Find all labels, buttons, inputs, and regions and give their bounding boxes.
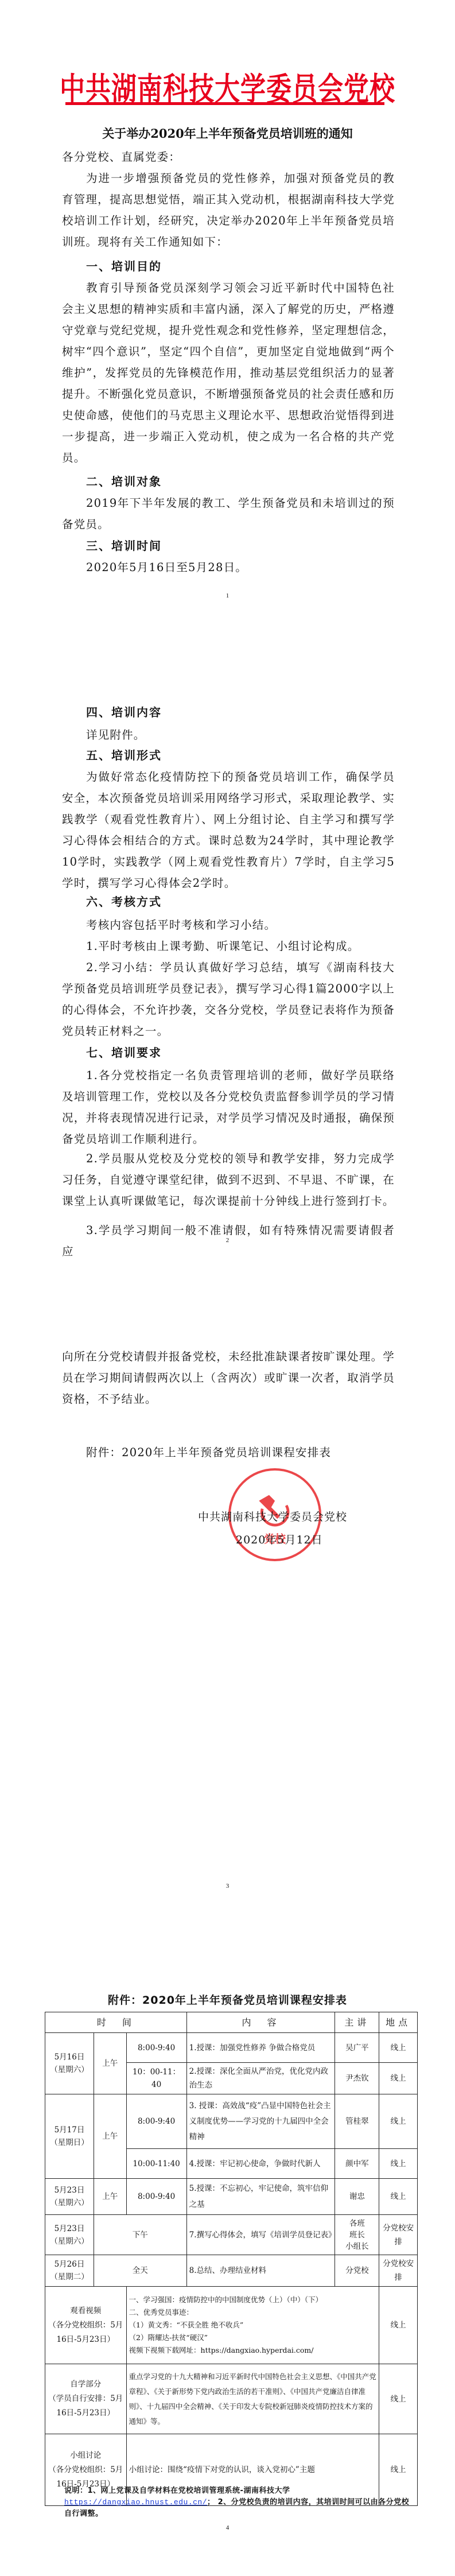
video-download-url: 视频下视频下载网址：https://dangxiao.hyperdai.com/ — [129, 2344, 377, 2357]
intro-paragraph: 为进一步增强预备党员的党性修养，加强对预备党员的教育管理，提高思想觉悟，端正其入… — [62, 168, 395, 253]
place-cell: 线上 — [379, 2094, 418, 2149]
page-number: 3 — [0, 1883, 455, 1890]
table-footnote: 说明：1、网上党课及自学材料在党校培训管理系统-湖南科技大学 https://d… — [64, 2485, 414, 2520]
annex-title: 附件：2020年上半年预备党员培训课程安排表 — [0, 1992, 455, 2007]
period-cell: 上午 — [94, 2094, 126, 2179]
time-cell: 10:00-11:40 — [126, 2149, 186, 2179]
date-cell: 5月17日（星期日） — [45, 2094, 94, 2179]
speaker-cell: 颜中军 — [335, 2149, 379, 2179]
table-row: 5月23日（星期六） 上午 8:00-9:40 5.授课：不忘初心，牢记使命，筑… — [45, 2179, 418, 2215]
speaker-cell: 吴广平 — [335, 2033, 379, 2063]
table-row: 5月16日（星期六） 上午 8:00-9:40 1.授课：加强党性修养 争做合格… — [45, 2033, 418, 2063]
date-cell: 5月26日（星期二） — [45, 2255, 94, 2287]
signature-date: 2020年5月12日 — [236, 1531, 323, 1547]
place-cell: 线上 — [379, 2063, 418, 2094]
section-heading-time: 三、培训时间 — [86, 537, 162, 553]
page-number: 2 — [0, 1237, 455, 1244]
section-paragraph: 1.各分党校指定一名负责管理培训的老师，做好学员联络及培训管理工作，党校以及各分… — [62, 1065, 395, 1150]
content-cell: 5.授课：不忘初心，牢记使命，筑牢信仰之基 — [186, 2179, 335, 2215]
salutation: 各分党校、直属党委： — [62, 146, 395, 168]
section-heading-assessment: 六、考核方式 — [86, 893, 162, 909]
self-study-label-cell: 自学部分 （学员自行安排：5月16日-5月23日） — [45, 2364, 127, 2434]
column-header-place: 地点 — [379, 2012, 418, 2033]
section-paragraph: 2.学员服从党校及分党校的领导和教学安排，努力完成学习任务，自觉遵守课堂纪律，做… — [62, 1148, 395, 1212]
attachment-reference: 附件：2020年上半年预备党员培训课程安排表 — [86, 1442, 419, 1463]
content-cell: 8.总结、办理结业材料 — [186, 2255, 335, 2287]
content-cell: 7.撰写心得体会，填写《培训学员登记表》 — [186, 2215, 335, 2255]
video-content-cell: 一、学习强国：疫情防控中的中国制度优势（上）（中）（下） 二、优秀党员事迹： （… — [126, 2287, 379, 2364]
period-cell: 上午 — [94, 2179, 126, 2215]
speaker-cell: 各班 班长 小组长 — [335, 2215, 379, 2255]
place-cell: 线上 — [379, 2149, 418, 2179]
self-study-content-cell: 重点学习党的十九大精神和习近平新时代中国特色社会主义思想、《中国共产党章程》、《… — [126, 2364, 379, 2434]
time-cell: 8:00-9:40 — [126, 2033, 186, 2063]
table-row: 5月17日（星期日） 上午 8:00-9:40 3. 授课：高效战“疫”凸显中国… — [45, 2094, 418, 2149]
section-heading-purpose: 一、培训目的 — [86, 257, 162, 274]
page-number: 4 — [0, 2524, 455, 2531]
signature-organization: 中共湖南科技大学委员会党校 — [198, 1508, 347, 1524]
page-number: 1 — [0, 592, 455, 599]
training-system-link[interactable]: https://dangxiao.hnust.edu.cn/ — [64, 2498, 207, 2507]
period-cell: 全天 — [94, 2255, 186, 2287]
column-header-speaker: 主讲 — [335, 2012, 379, 2033]
masthead-divider — [65, 102, 384, 105]
content-cell: 1.授课：加强党性修养 争做合格党员 — [186, 2033, 335, 2063]
time-cell: 8:00-9:40 — [126, 2094, 186, 2149]
table-row: 5月23日（星期六） 下午 7.撰写心得体会，填写《培训学员登记表》 各班 班长… — [45, 2215, 418, 2255]
section-heading-format: 五、培训形式 — [86, 746, 162, 763]
date-cell: 5月23日（星期六） — [45, 2179, 94, 2215]
place-cell: 线上 — [379, 2033, 418, 2063]
notice-title: 关于举办2020年上半年预备党员培训班的通知 — [0, 125, 455, 142]
section-heading-target: 二、培训对象 — [86, 472, 162, 489]
period-cell: 下午 — [94, 2215, 186, 2255]
section-paragraph: 考核内容包括平时考核和学习小结。 — [62, 914, 395, 936]
section-paragraph: 向所在分党校请假并报备党校，未经批准缺课者按旷课处理。学员在学习期间请假两次以上… — [62, 1346, 395, 1410]
speaker-cell: 管桂翠 — [335, 2094, 379, 2149]
content-cell: 3. 授课：高效战“疫”凸显中国特色社会主义制度优势——学习党的十九届四中全会精… — [186, 2094, 335, 2149]
date-cell: 5月23日（星期六） — [45, 2215, 94, 2255]
speaker-cell: 分党校 — [335, 2255, 379, 2287]
speaker-cell: 尹杰钦 — [335, 2063, 379, 2094]
column-header-time: 时 间 — [45, 2012, 187, 2033]
section-paragraph: 2.学习小结：学员认真做好学习总结，填写《湖南科技大学预备党员培训班学员登记表》… — [62, 957, 395, 1042]
content-cell: 2.授课：深化全面从严治党，优化党内政治生态 — [186, 2063, 335, 2094]
place-cell: 线上 — [379, 2364, 418, 2434]
place-cell: 线上 — [379, 2287, 418, 2364]
section-heading-content: 四、培训内容 — [86, 703, 162, 720]
speaker-cell: 谢忠 — [335, 2179, 379, 2215]
video-label-cell: 观看视频 （各分党校组织：5月16日-5月23日） — [45, 2287, 127, 2364]
place-cell: 分党校安排 — [379, 2215, 418, 2255]
schedule-table: 时 间 内 容 主讲 地点 5月16日（星期六） 上午 8:00-9:40 1.… — [45, 2012, 418, 2506]
period-cell: 上午 — [94, 2033, 126, 2094]
table-row: 5月26日（星期二） 全天 8.总结、办理结业材料 分党校 分党校安排 — [45, 2255, 418, 2287]
section-paragraph: 教育引导预备党员深刻学习领会习近平新时代中国特色社会主义思想的精神实质和丰富内涵… — [62, 277, 395, 468]
section-heading-requirements: 七、培训要求 — [86, 1043, 162, 1060]
section-paragraph: 2019年下半年发展的教工、学生预备党员和未培训过的预备党员。 — [62, 492, 395, 535]
time-cell: 10：00-11：40 — [126, 2063, 186, 2094]
table-header-row: 时 间 内 容 主讲 地点 — [45, 2012, 418, 2033]
column-header-content: 内 容 — [186, 2012, 335, 2033]
section-paragraph: 为做好常态化疫情防控下的预备党员培训工作，确保学员安全，本次预备党员培训采用网络… — [62, 766, 395, 894]
date-cell: 5月16日（星期六） — [45, 2033, 94, 2094]
place-cell: 分党校安排 — [379, 2255, 418, 2287]
section-paragraph: 详见附件。 — [62, 724, 395, 746]
content-cell: 4.授课：牢记初心使命，争做时代新人 — [186, 2149, 335, 2179]
place-cell: 线上 — [379, 2179, 418, 2215]
section-paragraph: 2020年5月16日至5月28日。 — [62, 557, 395, 578]
table-row-video: 观看视频 （各分党校组织：5月16日-5月23日） 一、学习强国：疫情防控中的中… — [45, 2287, 418, 2364]
section-paragraph: 1.平时考核由上课考勤、听课笔记、小组讨论构成。 — [62, 936, 395, 957]
table-row-self-study: 自学部分 （学员自行安排：5月16日-5月23日） 重点学习党的十九大精神和习近… — [45, 2364, 418, 2434]
time-cell: 8:00-9:40 — [126, 2179, 186, 2215]
